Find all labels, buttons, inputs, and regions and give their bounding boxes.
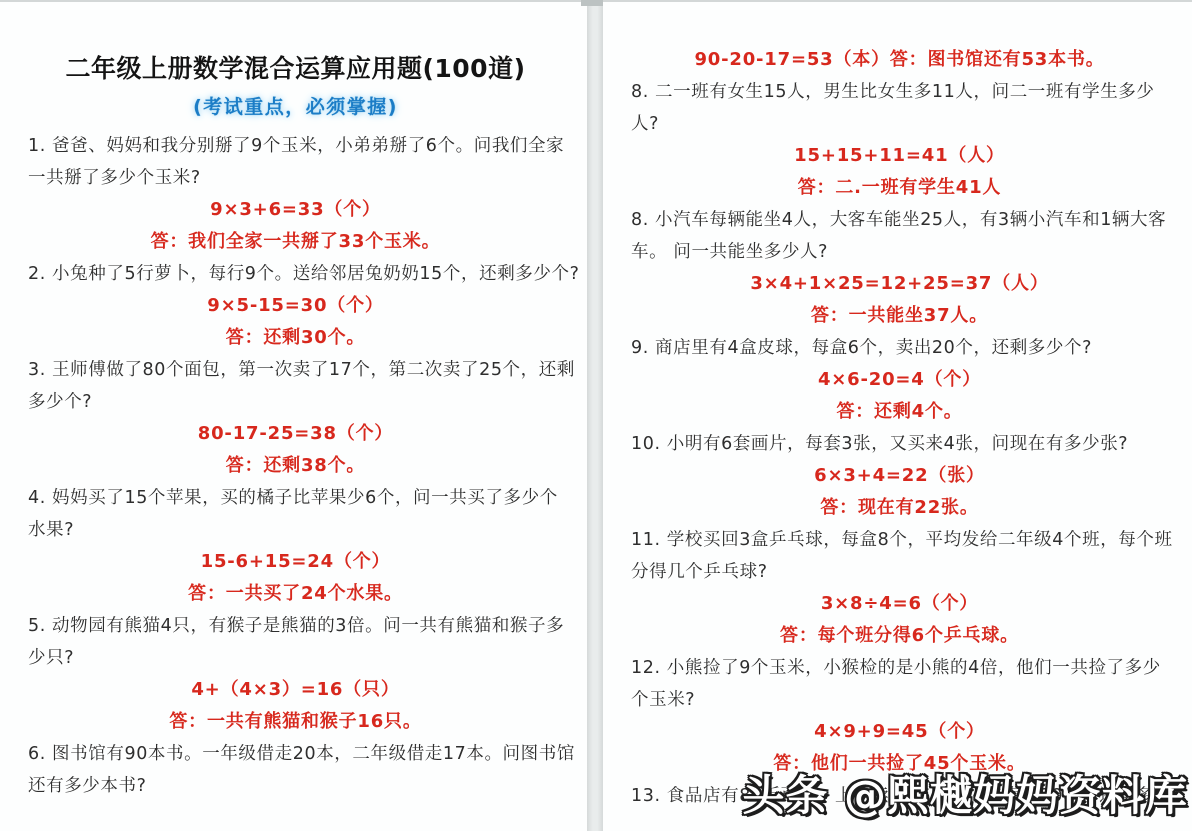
answer-line: 答：一共有熊猫和猴子16只。 [28, 706, 563, 738]
formula-line: 80-17-25=38（个） [28, 418, 563, 450]
problem-line: 2. 小兔种了5行萝卜，每行9个。送给邻居兔奶奶15个，还剩多少个? [28, 258, 563, 290]
watermark-text: 头条 @熙樾妈妈资料库 [742, 763, 1188, 823]
formula-line: 3×4+1×25=12+25=37（人） [631, 268, 1168, 300]
problem-line: 少只? [28, 642, 563, 674]
formula-line: 6×3+4=22（张） [631, 460, 1168, 492]
problem-line: 10. 小明有6套画片，每套3张，又买来4张，问现在有多少张? [631, 428, 1168, 460]
problem-line: 4. 妈妈买了15个苹果，买的橘子比苹果少6个，问一共买了多少个 [28, 482, 563, 514]
left-problem-list: 1. 爸爸、妈妈和我分别掰了9个玉米，小弟弟掰了6个。问我们全家一共掰了多少个玉… [28, 130, 563, 802]
problem-line: 车。 问一共能坐多少人? [631, 236, 1168, 268]
formula-line: 90-20-17=53（本）答：图书馆还有53本书。 [631, 44, 1168, 76]
answer-line: 答：我们全家一共掰了33个玉米。 [28, 226, 563, 258]
problem-line: 8. 小汽车每辆能坐4人，大客车能坐25人，有3辆小汽车和1辆大客 [631, 204, 1168, 236]
formula-line: 4×6-20=4（个） [631, 364, 1168, 396]
problem-line: 1. 爸爸、妈妈和我分别掰了9个玉米，小弟弟掰了6个。问我们全家 [28, 130, 563, 162]
answer-line: 答：还剩30个。 [28, 322, 563, 354]
problem-line: 3. 王师傅做了80个面包，第一次卖了17个，第二次卖了25个，还剩 [28, 354, 563, 386]
answer-line: 答：每个班分得6个乒乓球。 [631, 620, 1168, 652]
problem-line: 一共掰了多少个玉米? [28, 162, 563, 194]
problem-line: 8. 二一班有女生15人，男生比女生多11人，问二一班有学生多少 [631, 76, 1168, 108]
problem-line: 5. 动物园有熊猫4只，有猴子是熊猫的3倍。问一共有熊猫和猴子多 [28, 610, 563, 642]
formula-line: 9×3+6=33（个） [28, 194, 563, 226]
answer-line: 答：二.一班有学生41人 [631, 172, 1168, 204]
formula-line: 4×9+9=45（个） [631, 716, 1168, 748]
problem-line: 还有多少本书? [28, 770, 563, 802]
answer-line: 答：还剩38个。 [28, 450, 563, 482]
formula-line: 9×5-15=30（个） [28, 290, 563, 322]
problem-line: 多少个? [28, 386, 563, 418]
formula-line: 3×8÷4=6（个） [631, 588, 1168, 620]
problem-line: 水果? [28, 514, 563, 546]
worksheet-document: 二年级上册数学混合运算应用题(100道) (考试重点，必须掌握) 1. 爸爸、妈… [0, 0, 1192, 831]
formula-line: 15-6+15=24（个） [28, 546, 563, 578]
page-left: 二年级上册数学混合运算应用题(100道) (考试重点，必须掌握) 1. 爸爸、妈… [0, 0, 587, 831]
problem-line: 人? [631, 108, 1168, 140]
answer-line: 答：现在有22张。 [631, 492, 1168, 524]
answer-line: 答：一共能坐37人。 [631, 300, 1168, 332]
problem-line: 9. 商店里有4盒皮球，每盒6个，卖出20个，还剩多少个? [631, 332, 1168, 364]
problem-line: 分得几个乒乓球? [631, 556, 1168, 588]
page-title: 二年级上册数学混合运算应用题(100道) [28, 50, 563, 88]
answer-line: 答：还剩4个。 [631, 396, 1168, 428]
right-problem-list: 90-20-17=53（本）答：图书馆还有53本书。8. 二一班有女生15人，男… [631, 44, 1168, 812]
page-gap-divider [587, 0, 603, 831]
problem-line: 个玉米? [631, 684, 1168, 716]
page-right: 90-20-17=53（本）答：图书馆还有53本书。8. 二一班有女生15人，男… [603, 0, 1192, 831]
page-subtitle: (考试重点，必须掌握) [28, 92, 563, 122]
problem-line: 12. 小熊捡了9个玉米，小猴检的是小熊的4倍，他们一共捡了多少 [631, 652, 1168, 684]
problem-line: 11. 学校买回3盒乒乓球，每盒8个，平均发给二年级4个班，每个班 [631, 524, 1168, 556]
formula-line: 15+15+11=41（人） [631, 140, 1168, 172]
problem-line: 6. 图书馆有90本书。一年级借走20本，二年级借走17本。问图书馆 [28, 738, 563, 770]
formula-line: 4+（4×3）=16（只） [28, 674, 563, 706]
answer-line: 答：一共买了24个水果。 [28, 578, 563, 610]
